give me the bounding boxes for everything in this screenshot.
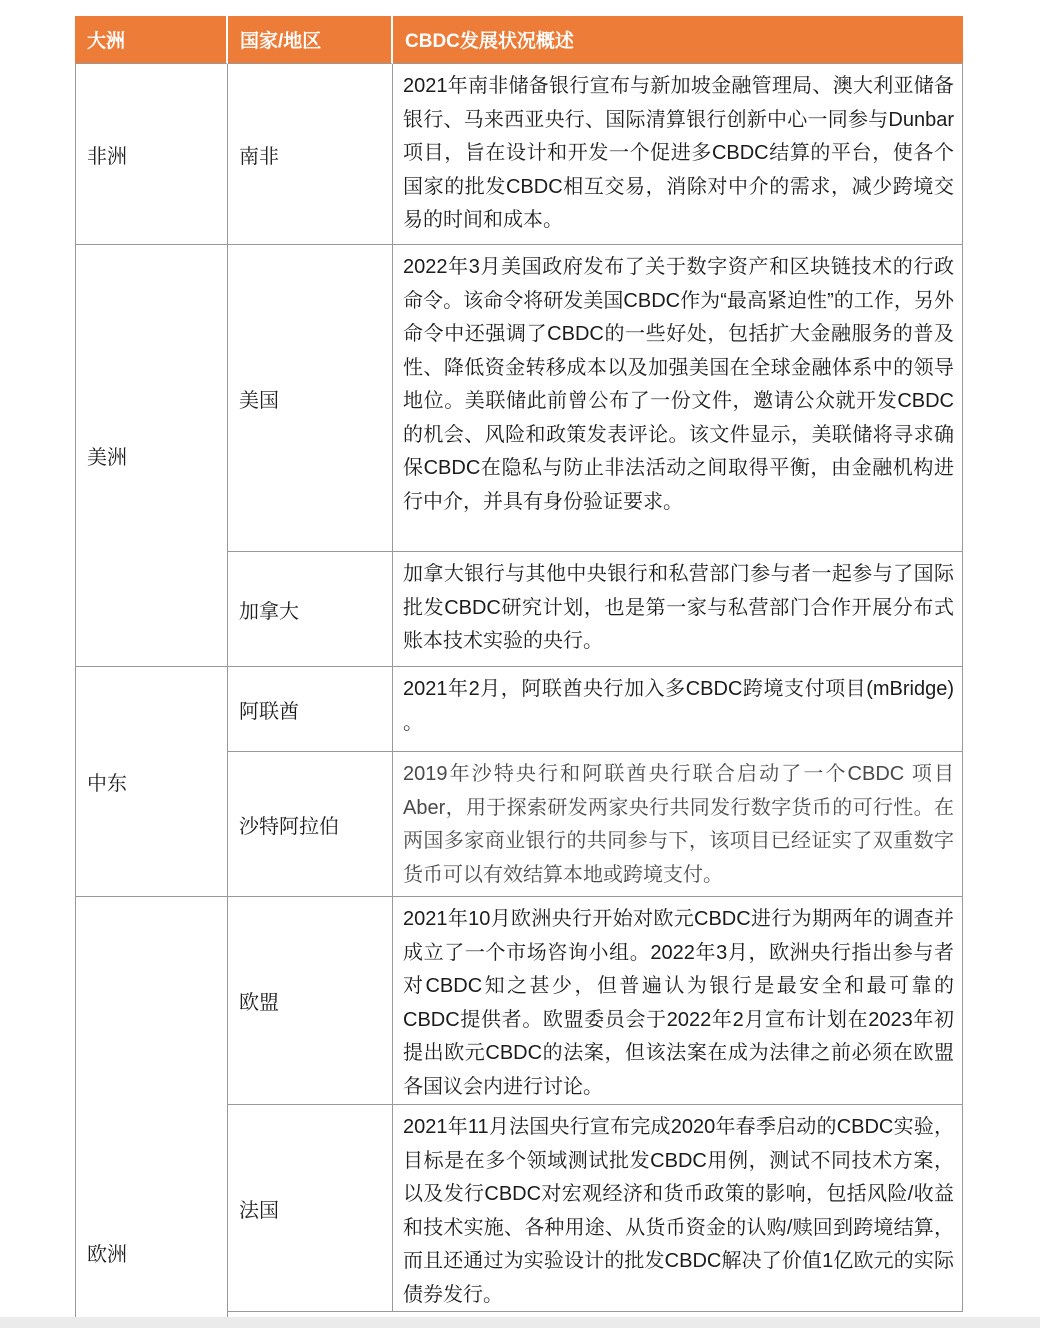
desc-cell-south-africa: 2021年南非储备银行宣布与新加坡金融管理局、澳大利亚储备银行、马来西亚央行、国…: [393, 64, 963, 245]
continent-cell-middle-east: 中东: [75, 667, 228, 897]
continent-cell-africa: 非洲: [75, 64, 228, 245]
country-cell-canada: 加拿大: [228, 552, 393, 667]
desc-cell-eu: 2021年10月欧洲央行开始对欧元CBDC进行为期两年的调查并成立了一个市场咨询…: [393, 897, 963, 1105]
country-cell-usa: 美国: [228, 245, 393, 552]
desc-cell-canada: 加拿大银行与其他中央银行和私营部门参与者一起参与了国际批发CBDC研究计划，也是…: [393, 552, 963, 667]
country-cell-eu: 欧盟: [228, 897, 393, 1105]
header-country-region: 国家/地区: [228, 16, 393, 64]
continent-cell-americas: 美洲: [75, 245, 228, 667]
country-cell-saudi-arabia: 沙特阿拉伯: [228, 752, 393, 897]
continent-cell-europe: 欧洲: [75, 897, 228, 1312]
desc-cell-usa: 2022年3月美国政府发布了关于数字资产和区块链技术的行政命令。该命令将研发美国…: [393, 245, 963, 552]
cbdc-status-table: 大洲 国家/地区 CBDC发展状况概述 非洲 美洲 中东 欧洲 南非 美国 加拿…: [75, 16, 963, 1312]
desc-cell-france: 2021年11月法国央行宣布完成2020年春季启动的CBDC实验，目标是在多个领…: [393, 1105, 963, 1312]
desc-cell-saudi-arabia: 2019年沙特央行和阿联酋央行联合启动了一个CBDC 项目Aber，用于探索研发…: [393, 752, 963, 897]
header-cbdc-overview: CBDC发展状况概述: [393, 16, 963, 64]
desc-cell-uae: 2021年2月，阿联酋央行加入多CBDC跨境支付项目(mBridge) 。: [393, 667, 963, 752]
country-cell-south-africa: 南非: [228, 64, 393, 245]
country-cell-france: 法国: [228, 1105, 393, 1312]
document-page: 大洲 国家/地区 CBDC发展状况概述 非洲 美洲 中东 欧洲 南非 美国 加拿…: [0, 0, 1040, 1328]
header-continent: 大洲: [75, 16, 228, 64]
country-cell-uae: 阿联酋: [228, 667, 393, 752]
bottom-gray-strip: [0, 1317, 1040, 1328]
